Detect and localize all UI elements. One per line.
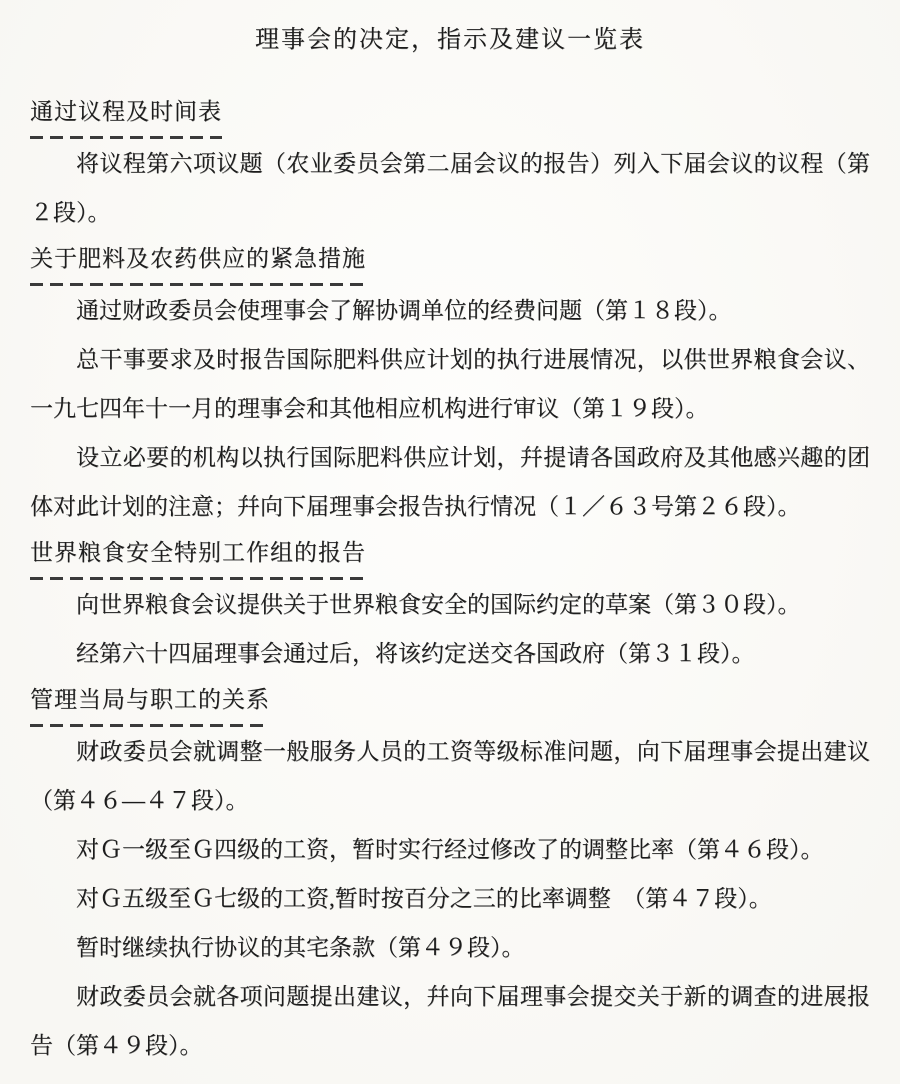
document-title: 理事会的决定，指示及建议一览表: [30, 14, 870, 66]
paragraph: 经第六十四届理事会通过后，将该约定送交各国政府（第３１段）。: [30, 629, 870, 678]
paragraph: 对Ｇ一级至Ｇ四级的工资，暂时实行经过修改了的调整比率（第４６段）。: [30, 825, 870, 874]
paragraph: 设立必要的机构以执行国际肥料供应计划，幷提请各国政府及其他感兴趣的团体对此计划的…: [30, 433, 870, 531]
paragraph: 向世界粮食会议提供关于世界粮食安全的国际约定的草案（第３０段）。: [30, 580, 870, 629]
section-world-food-security-working-group: 世界粮食安全特别工作组的报告 向世界粮食会议提供关于世界粮食安全的国际约定的草案…: [30, 531, 870, 678]
scanned-document-page: 理事会的决定，指示及建议一览表 通过议程及时间表 将议程第六项议题（农业委员会第…: [0, 0, 900, 1084]
paragraph: 通过财政委员会使理事会了解协调单位的经费问题（第１８段）。: [30, 286, 870, 335]
paragraph: 财政委员会就各项问题提出建议，幷向下届理事会提交关于新的调查的进展报告（第４９段…: [30, 972, 870, 1070]
paragraph: 财政委员会就调整一般服务人员的工资等级标准问题，向下届理事会提出建议（第４６—４…: [30, 727, 870, 825]
section-agenda-and-timetable: 通过议程及时间表 将议程第六项议题（农业委员会第二届会议的报告）列入下届会议的议…: [30, 90, 870, 237]
section-heading: 通过议程及时间表: [30, 90, 222, 139]
section-heading: 关于肥料及农药供应的紧急措施: [30, 237, 366, 286]
section-management-staff-relations: 管理当局与职工的关系 财政委员会就调整一般服务人员的工资等级标准问题，向下届理事…: [30, 678, 870, 1070]
paragraph: 暂时继续执行协议的其宅条款（第４９段）。: [30, 923, 870, 972]
paragraph: 对Ｇ五级至Ｇ七级的工资,暂时按百分之三的比率调整 （第４７段）。: [30, 874, 870, 923]
paragraph: 总干事要求及时报告国际肥料供应计划的执行进展情况，以供世界粮食会议、一九七四年十…: [30, 335, 870, 433]
section-fertilizer-pesticide-measures: 关于肥料及农药供应的紧急措施 通过财政委员会使理事会了解协调单位的经费问题（第１…: [30, 237, 870, 531]
section-heading: 管理当局与职工的关系: [30, 678, 270, 727]
section-heading: 世界粮食安全特别工作组的报告: [30, 531, 366, 580]
paragraph: 将议程第六项议题（农业委员会第二届会议的报告）列入下届会议的议程（第２段）。: [30, 139, 870, 237]
